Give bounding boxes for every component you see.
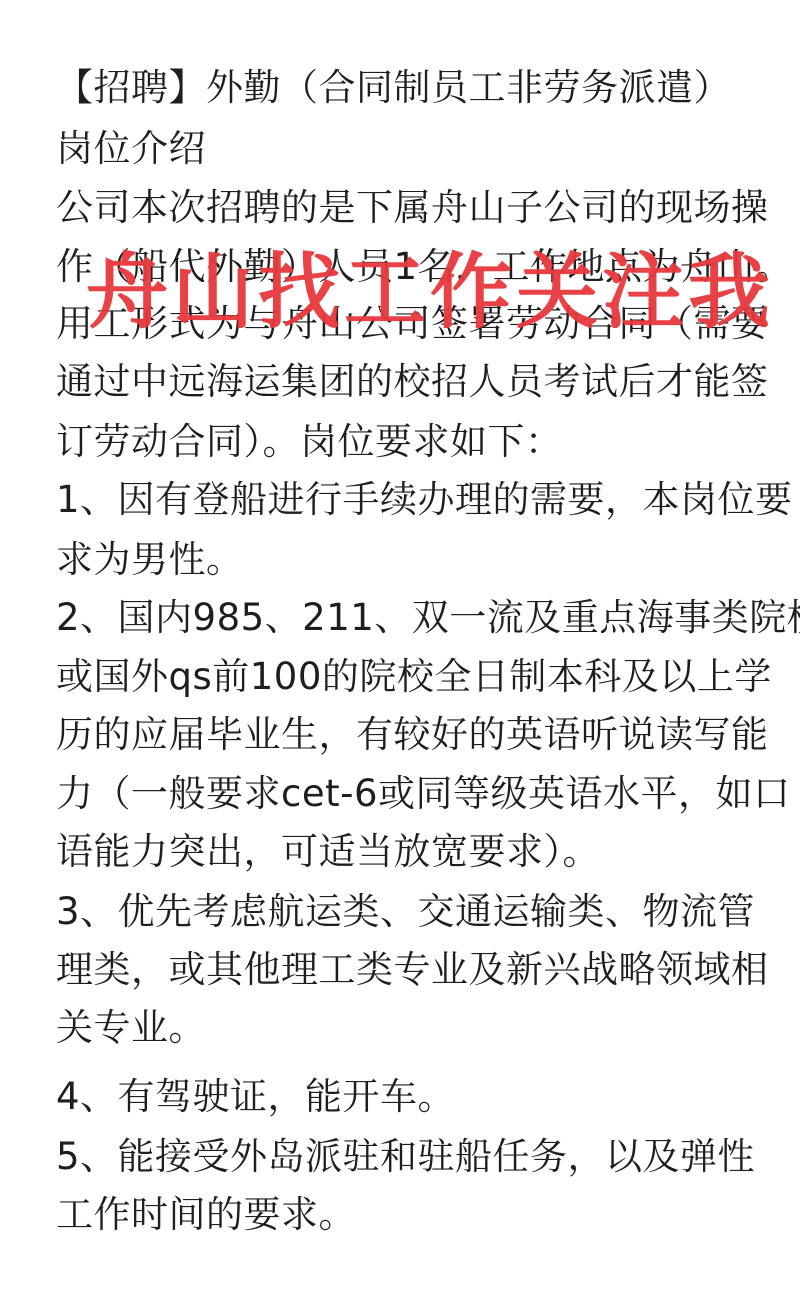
requirement-line: 力（一般要求cet-6或同等级英语水平，如口: [56, 772, 791, 816]
requirement-line: 工作时间的要求。: [56, 1193, 356, 1237]
requirement-line: 3、优先考虑航运类、交通运输类、物流管: [56, 890, 755, 934]
intro-line: 公司本次招聘的是下属舟山子公司的现场操: [56, 186, 769, 230]
section-heading: 岗位介绍: [56, 127, 206, 171]
requirement-line: 或国外qs前100的院校全日制本科及以上学: [56, 655, 772, 699]
posting-title: 【招聘】外勤（合同制员工非劳务派遣）: [56, 66, 731, 110]
intro-line: 订劳动合同）。岗位要求如下：: [56, 420, 563, 464]
requirement-line: 求为男性。: [56, 538, 244, 582]
requirement-line: 4、有驾驶证，能开车。: [56, 1075, 455, 1119]
requirement-line: 语能力突出，可适当放宽要求）。: [56, 830, 600, 874]
requirement-line: 理类，或其他理工类专业及新兴战略领域相: [56, 948, 769, 992]
requirement-line: 2、国内985、211、双一流及重点海事类院校，: [56, 596, 800, 640]
requirement-line: 关专业。: [56, 1006, 206, 1050]
requirement-line: 1、因有登船进行手续办理的需要，本岗位要: [56, 478, 793, 522]
requirement-line: 历的应届毕业生，有较好的英语听说读写能: [56, 713, 769, 757]
intro-line: 通过中远海运集团的校招人员考试后才能签: [56, 360, 769, 404]
watermark-overlay: 舟山找工作关注我: [86, 248, 774, 338]
requirement-line: 5、能接受外岛派驻和驻船任务，以及弹性: [56, 1135, 755, 1179]
